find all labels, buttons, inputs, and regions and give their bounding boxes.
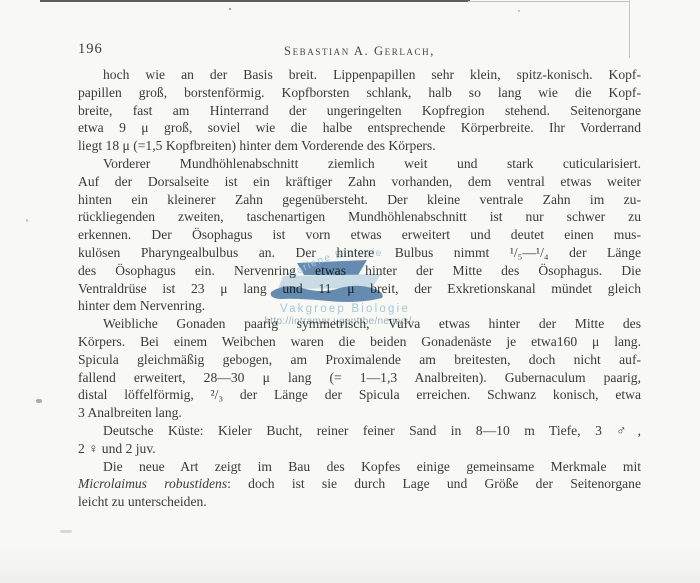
text-segment: leicht zu unterscheiden. bbox=[78, 494, 207, 509]
text-line: papillen groß, borstenförmig. Kopfborste… bbox=[78, 84, 641, 102]
text-segment: Körpers. Bei einem Weibchen waren die be… bbox=[78, 334, 641, 349]
text-segment: Vorderer Mundhöhlenabschnitt ziemlich we… bbox=[103, 156, 641, 171]
text-line: leicht zu unterscheiden. bbox=[78, 493, 641, 511]
text-line: distal löffelförmig, ²/₃ der Länge der S… bbox=[78, 386, 641, 404]
text-segment: papillen groß, borstenförmig. Kopfborste… bbox=[78, 85, 641, 100]
text-segment: Deutsche Küste: Kieler Bucht, reiner fei… bbox=[103, 423, 641, 438]
text-line: fallend erweitert, 28—30 μ lang (= 1—1,3… bbox=[78, 369, 641, 387]
scan-artifact-top-line-faint bbox=[468, 1, 630, 2]
text-segment: breite, fast am Hinterrand der ungeringe… bbox=[78, 103, 641, 118]
text-segment: fallend erweitert, 28—30 μ lang (= 1—1,3… bbox=[78, 370, 641, 385]
text-segment: 3 Analbreiten lang. bbox=[78, 405, 182, 420]
text-line: kulösen Pharyngealbulbus an. Der hintere… bbox=[78, 244, 641, 262]
text-line: etwa 9 μ groß, soviel wie die halbe ents… bbox=[78, 119, 641, 137]
text-line: hinten ein kleinerer Zahn gegenübersteht… bbox=[78, 191, 641, 209]
text-line: Deutsche Küste: Kieler Bucht, reiner fei… bbox=[78, 422, 641, 440]
text-line: hoch wie an der Basis breit. Lippenpapil… bbox=[78, 66, 641, 84]
text-segment: Die neue Art zeigt im Bau des Kopfes ein… bbox=[103, 459, 641, 474]
running-head: Sebastian A. Gerlach, bbox=[78, 44, 641, 59]
text-line: 3 Analbreiten lang. bbox=[78, 404, 641, 422]
scan-artifact-top-line bbox=[40, 0, 470, 2]
text-line: erkennen. Der Ösophagus ist vorn etwas e… bbox=[78, 226, 641, 244]
text-segment: Weibliche Gonaden paarig symmetrisch, Vu… bbox=[103, 316, 641, 331]
text-segment: Spicula gleichmäßig gebogen, am Proximal… bbox=[78, 352, 641, 367]
text-segment: hinter dem Nervenring. bbox=[78, 298, 205, 313]
scan-speck bbox=[36, 399, 42, 403]
text-line: Microlaimus robustidens: doch ist sie du… bbox=[78, 475, 641, 493]
text-segment: 2 ♀ und 2 juv. bbox=[78, 441, 156, 456]
text-segment: hinten ein kleinerer Zahn gegenübersteht… bbox=[78, 192, 641, 207]
scan-speck bbox=[518, 10, 520, 12]
text-line: liegt 18 μ (=1,5 Kopfbreiten) hinter dem… bbox=[78, 137, 641, 155]
text-segment: kulösen Pharyngealbulbus an. Der hintere… bbox=[78, 245, 641, 260]
body-text: hoch wie an der Basis breit. Lippenpapil… bbox=[78, 66, 641, 511]
text-segment: erkennen. Der Ösophagus ist vorn etwas e… bbox=[78, 227, 641, 242]
text-segment: : doch ist sie durch Lage und Größe der … bbox=[227, 476, 641, 491]
scan-speck bbox=[229, 8, 231, 10]
text-segment: hoch wie an der Basis breit. Lippenpapil… bbox=[103, 67, 641, 82]
text-segment: liegt 18 μ (=1,5 Kopfbreiten) hinter dem… bbox=[78, 138, 436, 153]
text-line: Auf der Dorsalseite ist ein kräftiger Za… bbox=[78, 173, 641, 191]
text-segment: rückliegenden zweiten, taschenartigen Mu… bbox=[78, 209, 641, 224]
text-line: Spicula gleichmäßig gebogen, am Proximal… bbox=[78, 351, 641, 369]
text-segment: Ventraldrüse ist 23 μ lang und 11 μ brei… bbox=[78, 281, 641, 296]
text-line: Ventraldrüse ist 23 μ lang und 11 μ brei… bbox=[78, 280, 641, 298]
text-line: 2 ♀ und 2 juv. bbox=[78, 440, 641, 458]
text-line: Vorderer Mundhöhlenabschnitt ziemlich we… bbox=[78, 155, 641, 173]
text-line: Körpers. Bei einem Weibchen waren die be… bbox=[78, 333, 641, 351]
text-segment: etwa 9 μ groß, soviel wie die halbe ents… bbox=[78, 120, 641, 135]
text-line: rückliegenden zweiten, taschenartigen Mu… bbox=[78, 208, 641, 226]
scanned-page: 196 Sebastian A. Gerlach, hoch wie an de… bbox=[0, 0, 700, 583]
text-segment: des Ösophagus ein. Nervenring etwas hint… bbox=[78, 263, 641, 278]
text-line: hinter dem Nervenring. bbox=[78, 297, 641, 315]
text-line: breite, fast am Hinterrand der ungeringe… bbox=[78, 102, 641, 120]
text-segment: Auf der Dorsalseite ist ein kräftiger Za… bbox=[78, 174, 641, 189]
text-segment: distal löffelförmig, ²/₃ der Länge der S… bbox=[78, 387, 641, 402]
species-name-italic: Microlaimus robustidens bbox=[78, 476, 227, 491]
scan-speck bbox=[26, 219, 28, 222]
text-line: Die neue Art zeigt im Bau des Kopfes ein… bbox=[78, 458, 641, 476]
text-line: des Ösophagus ein. Nervenring etwas hint… bbox=[78, 262, 641, 280]
scan-speck bbox=[60, 530, 72, 533]
text-line: Weibliche Gonaden paarig symmetrisch, Vu… bbox=[78, 315, 641, 333]
